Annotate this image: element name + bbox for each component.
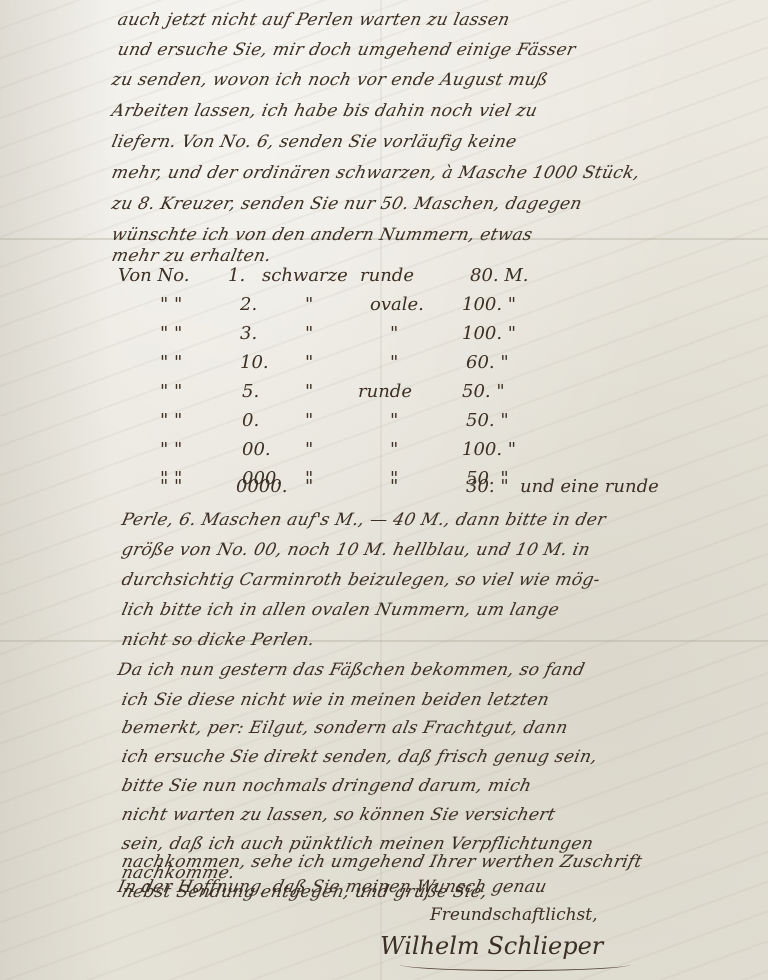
text-line: mehr zu erhalten. xyxy=(110,246,273,266)
text-line: nachkommen, sehe ich umgehend Ihrer wert… xyxy=(120,852,644,872)
text-line: zu senden, wovon ich noch vor ende Augus… xyxy=(110,70,550,90)
text-line: durchsichtig Carminroth beizulegen, so v… xyxy=(120,570,602,590)
text-line: liefern. Von No. 6, senden Sie vorläufig… xyxy=(110,132,519,152)
text-line: und ersuche Sie, mir doch umgehend einig… xyxy=(116,40,578,60)
text-line: ich ersuche Sie direkt senden, daß frisc… xyxy=(120,747,599,767)
text-line: auch jetzt nicht auf Perlen warten zu la… xyxy=(116,10,512,30)
text-line: ich Sie diese nicht wie in meinen beiden… xyxy=(120,690,551,710)
text-line: lich bitte ich in allen ovalen Nummern, … xyxy=(120,600,561,620)
letter-page: auch jetzt nicht auf Perlen warten zu la… xyxy=(0,0,768,980)
closing: Freundschaftlichst, xyxy=(430,905,598,925)
text-line: sein, daß ich auch pünktlich meinen Verp… xyxy=(120,834,595,854)
text-line: wünschte ich von den andern Nummern, etw… xyxy=(110,225,534,245)
text-line: bitte Sie nun nochmals dringend darum, m… xyxy=(120,776,534,796)
text-line: zu 8. Kreuzer, senden Sie nur 50. Masche… xyxy=(110,194,584,214)
text-line: nicht warten zu lassen, so können Sie ve… xyxy=(120,805,557,825)
fold-line xyxy=(0,640,768,642)
text-line: nebst Sendung entgegen, und grüße Sie, xyxy=(120,882,489,902)
text-line: bemerkt, per: Eilgut, sondern als Fracht… xyxy=(120,718,570,738)
text-line: mehr, und der ordinären schwarzen, à Mas… xyxy=(110,163,642,183)
text-line: nicht so dicke Perlen. xyxy=(120,630,317,650)
signature: Wilhelm Schlieper xyxy=(380,932,603,960)
signature-flourish xyxy=(400,958,630,971)
text-line: Perle, 6. Maschen auf's M., — 40 M., dan… xyxy=(120,510,608,530)
text-line: Da ich nun gestern das Fäßchen bekommen,… xyxy=(116,660,587,680)
text-line: größe von No. 00, noch 10 M. hellblau, u… xyxy=(120,540,592,560)
text-line: Arbeiten lassen, ich habe bis dahin noch… xyxy=(110,101,539,121)
paper-shading xyxy=(0,0,110,980)
